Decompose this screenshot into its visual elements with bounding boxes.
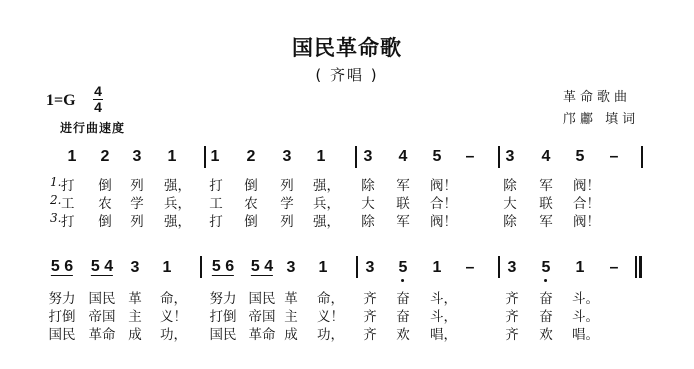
lyric: 国民 [89, 287, 116, 307]
note-low-octave: 5 [542, 259, 551, 277]
song-title: 国民革命歌 [0, 32, 694, 62]
performance-note: ( 齐唱 ) [0, 64, 694, 85]
lyric: 强， [164, 210, 191, 230]
lyric: 除 [503, 174, 517, 194]
lyric: 帝国 [249, 305, 276, 325]
time-signature-top: 4 [92, 84, 104, 99]
note-digit: 5 [399, 259, 408, 276]
lyric: 阀！ [573, 210, 600, 230]
final-bar-line-thick [639, 256, 642, 278]
lyric: 农 [98, 192, 112, 212]
tempo-marking: 进行曲速度 [60, 119, 125, 136]
lyricist-credit: 邝鄘 填词 [563, 108, 639, 127]
note: 5 [576, 148, 585, 166]
lyric: 列 [130, 210, 144, 230]
lyric: 奋 [539, 287, 553, 307]
lyric: 革命 [89, 323, 116, 343]
note: 2 [247, 148, 256, 166]
lyric: 欢 [539, 323, 553, 343]
lyric: 革 [284, 287, 298, 307]
note: 3 [508, 259, 517, 277]
note: 3 [287, 259, 296, 277]
lyric: 联 [539, 192, 553, 212]
lyric: 奋 [396, 287, 410, 307]
lyric: 联 [396, 192, 410, 212]
note-group-eighths: 5 6 [212, 259, 234, 276]
lyric: 义！ [317, 305, 344, 325]
lyric: 斗， [430, 287, 457, 307]
lyric: 成 [284, 323, 298, 343]
lyric: 列 [280, 210, 294, 230]
note: 2 [101, 148, 110, 166]
key-signature: 1=G [46, 92, 76, 110]
note: 1 [211, 148, 220, 166]
note-dash: – [610, 148, 619, 166]
lyric: 齐 [505, 287, 519, 307]
note: 5 [433, 148, 442, 166]
time-signature-bottom: 4 [92, 100, 104, 115]
lyric: 命， [160, 287, 187, 307]
lyric: 齐 [505, 323, 519, 343]
lyric: 主 [128, 305, 142, 325]
lyric: 倒 [244, 174, 258, 194]
lyric: 革命 [249, 323, 276, 343]
lyric: 成 [128, 323, 142, 343]
lyric: 学 [130, 192, 144, 212]
lyric: 唱。 [572, 323, 599, 343]
lyric: 阀！ [430, 174, 457, 194]
bar-line [200, 256, 202, 278]
lyric: 齐 [505, 305, 519, 325]
verse-number: 1. [50, 175, 61, 189]
lyric: 倒 [98, 174, 112, 194]
time-signature: 4 4 [92, 84, 104, 115]
low-octave-dot [545, 279, 548, 282]
bar-line [356, 256, 358, 278]
lyric: 学 [280, 192, 294, 212]
lyric: 倒 [244, 210, 258, 230]
lyric: 齐 [363, 323, 377, 343]
lyric: 努力 [210, 287, 237, 307]
lyric: 义！ [160, 305, 187, 325]
lyric: 列 [130, 174, 144, 194]
lyric: 国民 [249, 287, 276, 307]
lyric: 革 [128, 287, 142, 307]
lyric: 打 [61, 210, 75, 230]
note: 3 [506, 148, 515, 166]
note: 1 [68, 148, 77, 166]
verse-number: 2. [50, 193, 61, 207]
lyric: 主 [284, 305, 298, 325]
note: 1 [576, 259, 585, 277]
note-group-eighths: 5 4 [91, 259, 113, 276]
lyric: 强， [313, 174, 340, 194]
lyric: 合！ [430, 192, 457, 212]
note: 4 [399, 148, 408, 166]
lyric: 工 [209, 192, 223, 212]
note: 3 [133, 148, 142, 166]
bar-line [498, 256, 500, 278]
lyric: 斗， [430, 305, 457, 325]
lyric: 奋 [396, 305, 410, 325]
note: 3 [283, 148, 292, 166]
note-group-eighths: 5 6 [51, 259, 73, 276]
composer-credit: 革命歌曲 [563, 86, 631, 105]
lyric: 打 [209, 210, 223, 230]
lyric: 合！ [573, 192, 600, 212]
lyric: 打 [61, 174, 75, 194]
lyric: 努力 [49, 287, 76, 307]
lyric: 欢 [396, 323, 410, 343]
verse-number: 3. [50, 211, 61, 225]
bar-line [204, 146, 206, 168]
lyric: 军 [539, 174, 553, 194]
lyric: 军 [396, 174, 410, 194]
lyric: 功， [317, 323, 344, 343]
lyric: 打 [209, 174, 223, 194]
lyric: 奋 [539, 305, 553, 325]
note: 3 [364, 148, 373, 166]
lyric: 功， [160, 323, 187, 343]
lyric: 帝国 [89, 305, 116, 325]
note-low-octave: 5 [399, 259, 408, 277]
note: 4 [542, 148, 551, 166]
lyric: 阀！ [430, 210, 457, 230]
note-dash: – [610, 259, 619, 277]
lyric: 除 [361, 174, 375, 194]
lyric: 农 [244, 192, 258, 212]
lyric: 国民 [210, 323, 237, 343]
lyric: 斗。 [572, 305, 599, 325]
lyric: 兵， [164, 192, 191, 212]
note: 3 [131, 259, 140, 277]
lyric: 大 [361, 192, 375, 212]
lyric: 倒 [98, 210, 112, 230]
lyric: 打倒 [210, 305, 237, 325]
lyric: 阀！ [573, 174, 600, 194]
note: 1 [433, 259, 442, 277]
note-digit: 5 [542, 259, 551, 276]
lyric: 斗。 [572, 287, 599, 307]
note-dash: – [466, 148, 475, 166]
lyric: 军 [396, 210, 410, 230]
lyric: 强， [313, 210, 340, 230]
lyric: 命， [317, 287, 344, 307]
low-octave-dot [402, 279, 405, 282]
lyric: 打倒 [49, 305, 76, 325]
lyric: 列 [280, 174, 294, 194]
lyric: 军 [539, 210, 553, 230]
note: 1 [317, 148, 326, 166]
note: 1 [168, 148, 177, 166]
lyric: 强， [164, 174, 191, 194]
note: 3 [366, 259, 375, 277]
note: 1 [319, 259, 328, 277]
lyric: 工 [61, 192, 75, 212]
lyric: 除 [503, 210, 517, 230]
lyric: 兵， [313, 192, 340, 212]
bar-line [355, 146, 357, 168]
note-dash: – [466, 259, 475, 277]
lyric: 大 [503, 192, 517, 212]
lyric: 国民 [49, 323, 76, 343]
final-bar-line-thin [635, 256, 637, 278]
note-group-eighths: 5 4 [251, 259, 273, 276]
note: 1 [163, 259, 172, 277]
bar-line [498, 146, 500, 168]
lyric: 唱， [430, 323, 457, 343]
lyric: 除 [361, 210, 375, 230]
bar-line [641, 146, 643, 168]
lyric: 齐 [363, 305, 377, 325]
lyric: 齐 [363, 287, 377, 307]
